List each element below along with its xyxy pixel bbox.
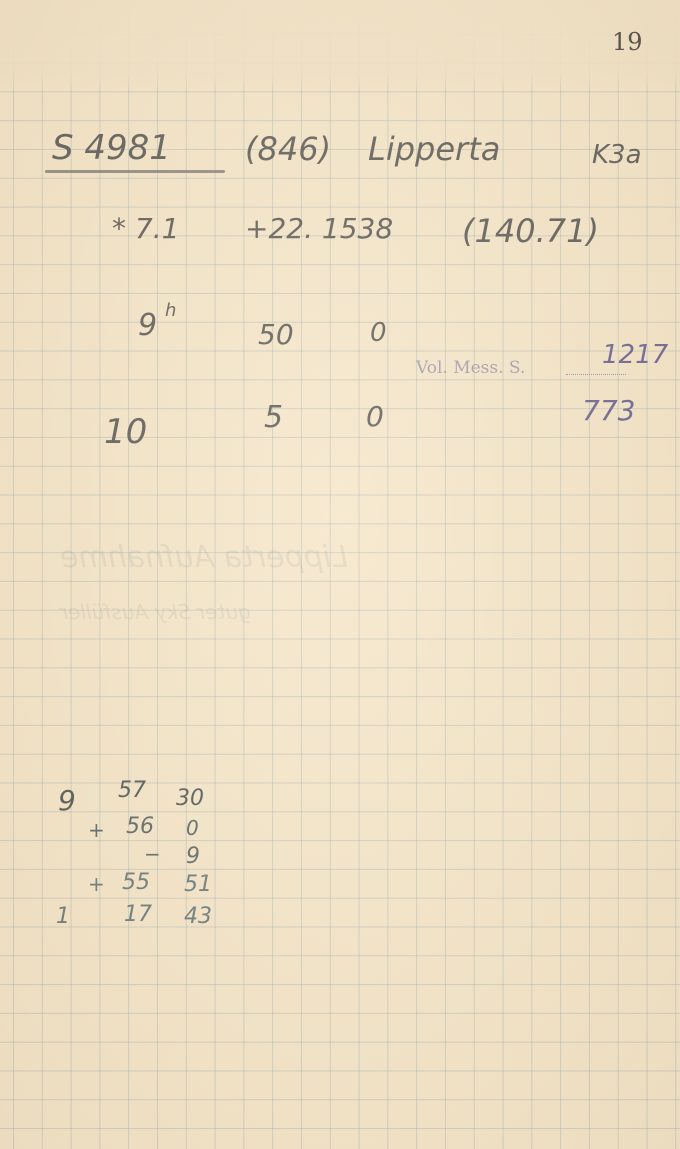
stamp-value-2: 773 (582, 394, 635, 427)
page-number: 19 (612, 28, 643, 56)
object-name: Lipperta (368, 130, 500, 168)
time-2-hours: 10 (104, 412, 147, 452)
declination: +22. 1538 (245, 212, 393, 245)
stamp-value-1: 1217 (602, 340, 668, 370)
time-1-hours: 9 (138, 308, 157, 343)
designation-underline (45, 170, 225, 173)
calc-row-1-minutes: 57 (118, 778, 146, 803)
calc-row-4-sign: + (88, 872, 105, 896)
calc-row-4-seconds: 51 (184, 872, 212, 897)
stamp-dotted-line (566, 374, 626, 375)
calc-row-2-minutes: 56 (126, 814, 154, 839)
calc-row-2-seconds: 0 (186, 816, 199, 840)
time-2-minutes: 5 (264, 400, 283, 435)
calc-row-1-hours: 9 (58, 784, 76, 817)
calc-row-3-seconds: 9 (186, 844, 200, 869)
position-value: (140.71) (462, 212, 599, 250)
calc-row-4-minutes: 55 (122, 870, 150, 895)
calc-row-3-sign: − (144, 842, 161, 866)
designation: S 4981 (52, 128, 171, 168)
catalog-number: (846) (245, 130, 331, 168)
bleed-through-text: Lipperta Aufnahme (60, 540, 348, 575)
calc-row-1-seconds: 30 (176, 786, 204, 811)
spectral-class: K3a (592, 140, 642, 170)
time-1-minutes: 50 (258, 318, 294, 351)
measurement-stamp-label: Vol. Mess. S. (416, 358, 525, 378)
time-1-seconds: 0 (370, 318, 387, 348)
calc-row-5-hours: 1 (56, 904, 70, 929)
time-2-seconds: 0 (366, 400, 384, 433)
star-magnitude: * 7.1 (112, 212, 179, 245)
calc-row-5-seconds: 43 (184, 904, 212, 929)
top-margin (0, 0, 680, 92)
bleed-through-text: guter Sky Ausfüller (60, 600, 251, 624)
time-1-hour-unit: h (165, 300, 176, 321)
notebook-page: Lipperta Aufnahme guter Sky Ausfüller 19… (0, 0, 680, 1149)
calc-row-5-minutes: 17 (124, 902, 152, 927)
calc-row-2-sign: + (88, 818, 105, 842)
